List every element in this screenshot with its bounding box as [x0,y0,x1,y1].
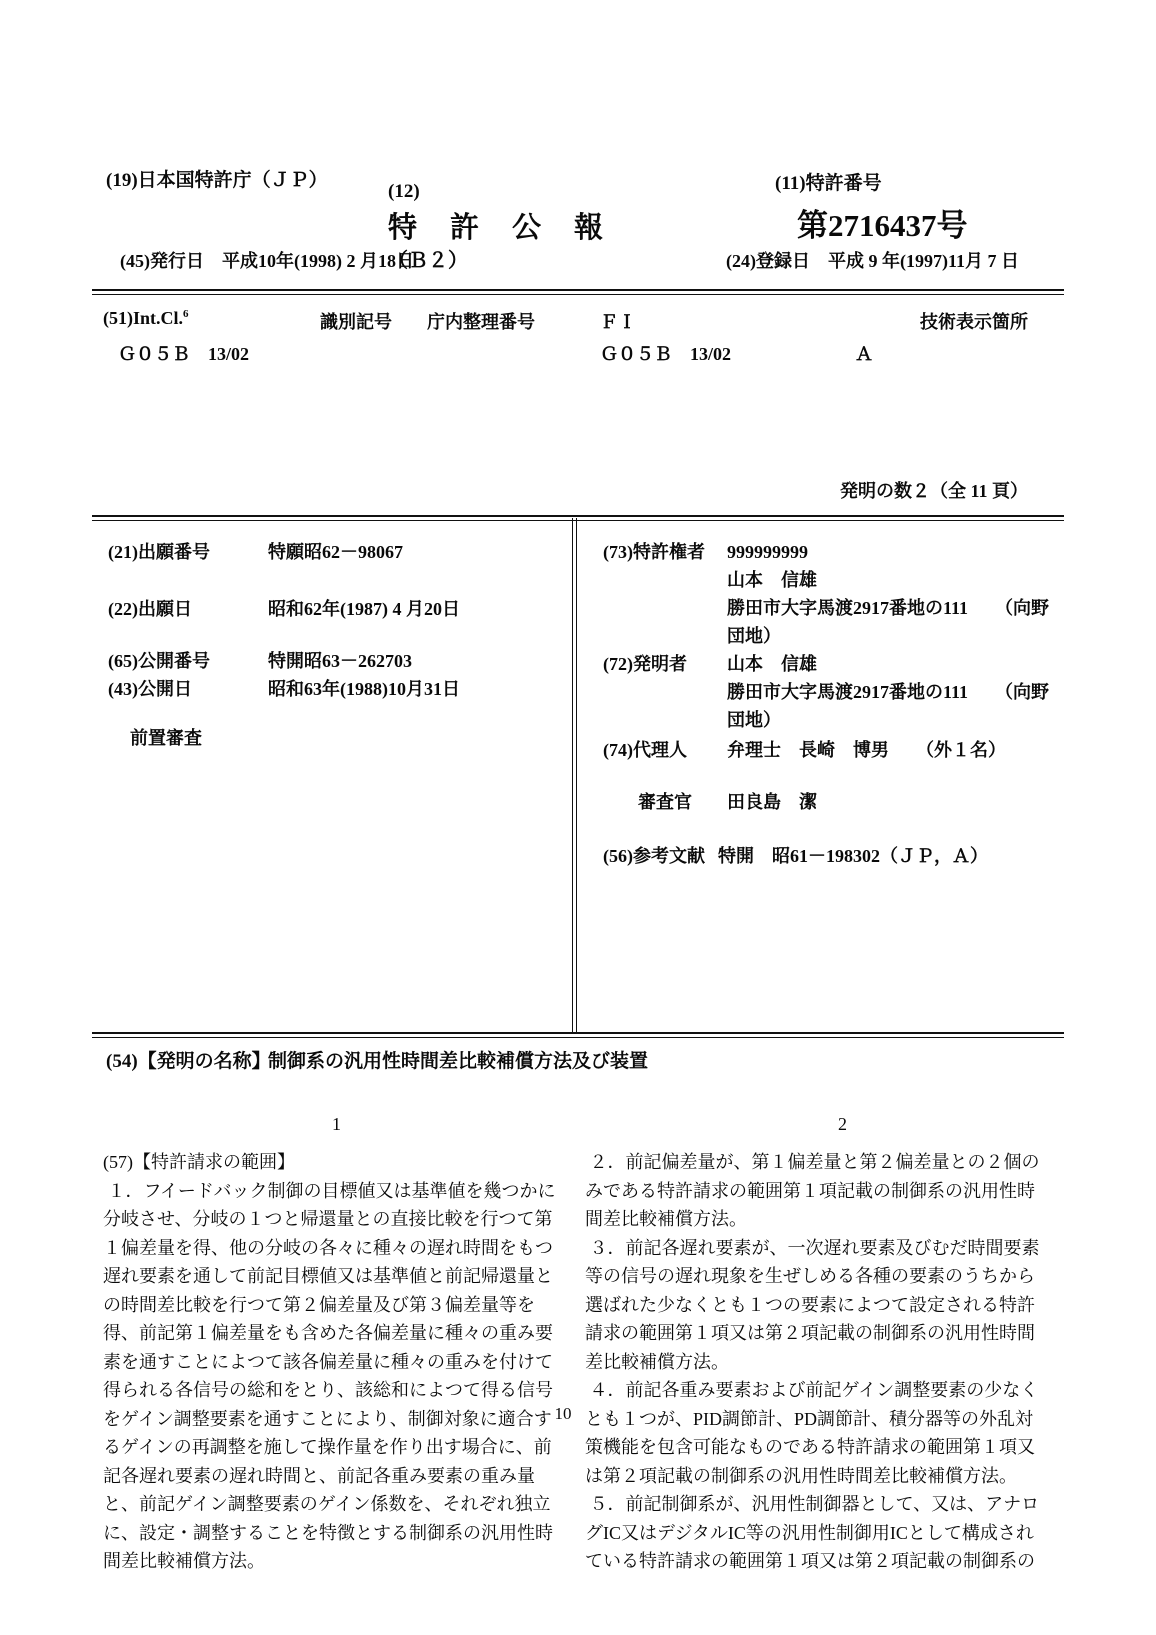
claims-text-line: １偏差量を得、他の分岐の各々に種々の遅れ時間をもつ [103,1234,555,1263]
references-value: 特開 昭61－198302（ＪＰ，Ａ） [718,842,988,868]
claims-text-line: ３．前記各遅れ要素が、一次遅れ要素及びむだ時間要素 [585,1234,1037,1263]
claims-text-line: 遅れ要素を通して前記目標値又は基準値と前記帰還量と [103,1262,555,1291]
patentee-line: 山本 信雄 [727,566,1049,594]
claims-text-line: とも１つが、PID調節計、PD調節計、積分器等の外乱対 [585,1405,1037,1434]
claims-right-column: ２．前記偏差量が、第１偏差量と第２偏差量との２個のみである特許請求の範囲第１項記… [585,1148,1037,1576]
publication-date-label: (43)公開日 [108,675,192,701]
claims-text-line: 選ばれた少なくとも１つの要素によつて設定される特許 [585,1291,1037,1320]
claims-text-line: 素を通すことによつて該各偏差量に種々の重みを付けて [103,1348,555,1377]
claims-text-line: ４．前記各重み要素および前記ゲイン調整要素の少なく [585,1376,1037,1405]
fi-header: ＦＩ [600,308,636,334]
filing-date-value: 昭和62年(1987) 4 月20日 [268,595,460,621]
filing-date-label: (22)出願日 [108,595,192,621]
inventor-line: 山本 信雄 [727,650,1049,678]
examiner-label: 審査官 [638,788,692,814]
claims-text-line: の時間差比較を行つて第２偏差量及び第３偏差量等を [103,1291,555,1320]
references-label: (56)参考文献 [603,842,705,868]
claims-text-line: (57)【特許請求の範囲】 [103,1148,555,1177]
inventor-label: (72)発明者 [603,650,687,676]
agent-value: 弁理士 長崎 博男 （外１名） [727,736,1006,762]
publication-number-value: 特開昭63－262703 [268,647,412,673]
biblio-column-divider [572,518,577,1032]
invention-count: 発明の数２（全 11 頁） [840,477,1028,503]
claims-text-line: グIC又はデジタルIC等の汎用性制御用ICとして構成され [585,1519,1037,1548]
patentee-line: 999999999 [727,538,1049,566]
pre-examination-note: 前置審査 [130,724,202,750]
fi-mark: Ａ [855,340,873,366]
registration-date: (24)登録日 平成 9 年(1997)11月 7 日 [726,247,1019,273]
identification-code-header: 識別記号 [320,308,392,334]
claims-text-line: に、設定・調整することを特徴とする制御系の汎用性時 [103,1519,555,1548]
patentee-value: 999999999山本 信雄勝田市大字馬渡2917番地の111 （向野団地） [727,538,1049,650]
intcl-edition-sup: 6 [183,308,189,320]
right-column-number: 2 [838,1114,847,1135]
issue-date: (45)発行日 平成10年(1998) 2 月18日 [120,247,414,273]
claims-text-line: 等の信号の遅れ現象を生ぜしめる各種の要素のうちから [585,1262,1037,1291]
claims-text-line: と、前記ゲイン調整要素のゲイン係数を、それぞれ独立 [103,1490,555,1519]
claims-text-line: ている特許請求の範囲第１項又は第２項記載の制御系の [585,1547,1037,1576]
biblio-bottom-rule [92,1032,1064,1038]
claims-text-line: ５．前記制御系が、汎用性制御器として、又は、アナロ [585,1490,1037,1519]
fi-value: Ｇ０５Ｂ 13/02 [600,340,731,366]
claims-text-line: 得られる各信号の総和をとり、該総和によつて得る信号 [103,1376,555,1405]
inventor-line: 勝田市大字馬渡2917番地の111 （向野 [727,678,1049,706]
intcl-value: Ｇ０５Ｂ 13/02 [118,340,249,366]
inventor-value: 山本 信雄勝田市大字馬渡2917番地の111 （向野団地） [727,650,1049,734]
patentee-line: 勝田市大字馬渡2917番地の111 （向野 [727,594,1049,622]
claims-text-line: るゲインの再調整を施して操作量を作り出す場合に、前 [103,1433,555,1462]
gazette-kind-code: (12) [388,181,420,202]
invention-title-label: (54)【発明の名称】 [106,1046,271,1073]
patentee-label: (73)特許権者 [603,538,705,564]
claims-text-line: は第２項記載の制御系の汎用性時間差比較補償方法。 [585,1462,1037,1491]
claims-text-line: みである特許請求の範囲第１項記載の制御系の汎用性時 [585,1177,1037,1206]
claims-text-line: 差比較補償方法。 [585,1348,1037,1377]
inventor-line: 団地） [727,706,1049,734]
agent-label: (74)代理人 [603,736,687,762]
application-number-value: 特願昭62－98067 [268,538,403,564]
gazette-kind-title: 特 許 公 報 [388,212,605,244]
claims-text-line: 記各遅れ要素の遅れ時間と、前記各重み要素の重み量 [103,1462,555,1491]
intcl-header: (51)Int.Cl.6 [103,308,189,329]
patentee-line: 団地） [727,622,1049,650]
claims-text-line: ２．前記偏差量が、第１偏差量と第２偏差量との２個の [585,1148,1037,1177]
gutter-line-number: 10 [544,1404,582,1424]
publication-date-value: 昭和63年(1988)10月31日 [268,675,460,701]
invention-title: 制御系の汎用性時間差比較補償方法及び装置 [268,1046,648,1073]
claims-text-line: をゲイン調整要素を通すことにより、制御対象に適合す [103,1405,555,1434]
patent-gazette-page: (19)日本国特許庁（ＪＰ） (12) 特 許 公 報 （Ｂ２） (11)特許番… [0,0,1156,1635]
claims-text-line: 策機能を包含可能なものである特許請求の範囲第１項又 [585,1433,1037,1462]
claims-left-column: (57)【特許請求の範囲】 １．フイードバック制御の目標値又は基準値を幾つかに分… [103,1148,555,1576]
office-ref-number-header: 庁内整理番号 [427,308,535,334]
application-number-label: (21)出願番号 [108,538,210,564]
publication-number-label: (65)公開番号 [108,647,210,673]
patent-number-label: (11)特許番号 [775,168,882,195]
patent-number: 第2716437号 [797,200,968,245]
patent-office-name: (19)日本国特許庁（ＪＰ） [106,165,328,192]
claims-text-line: 間差比較補償方法。 [103,1547,555,1576]
claims-text-line: 分岐させ、分岐の１つと帰還量との直接比較を行つて第 [103,1205,555,1234]
claims-text-line: 請求の範囲第１項又は第２項記載の制御系の汎用性時間 [585,1319,1037,1348]
claims-text-line: 得、前記第１偏差量をも含めた各偏差量に種々の重み要 [103,1319,555,1348]
left-column-number: 1 [332,1114,341,1135]
examiner-value: 田良島 潔 [727,788,817,814]
claims-text-line: １．フイードバック制御の目標値又は基準値を幾つかに [103,1177,555,1206]
tech-display-header: 技術表示箇所 [920,308,1028,334]
header-divider-rule [92,289,1064,295]
claims-text-line: 間差比較補償方法。 [585,1205,1037,1234]
biblio-top-rule [92,515,1064,521]
